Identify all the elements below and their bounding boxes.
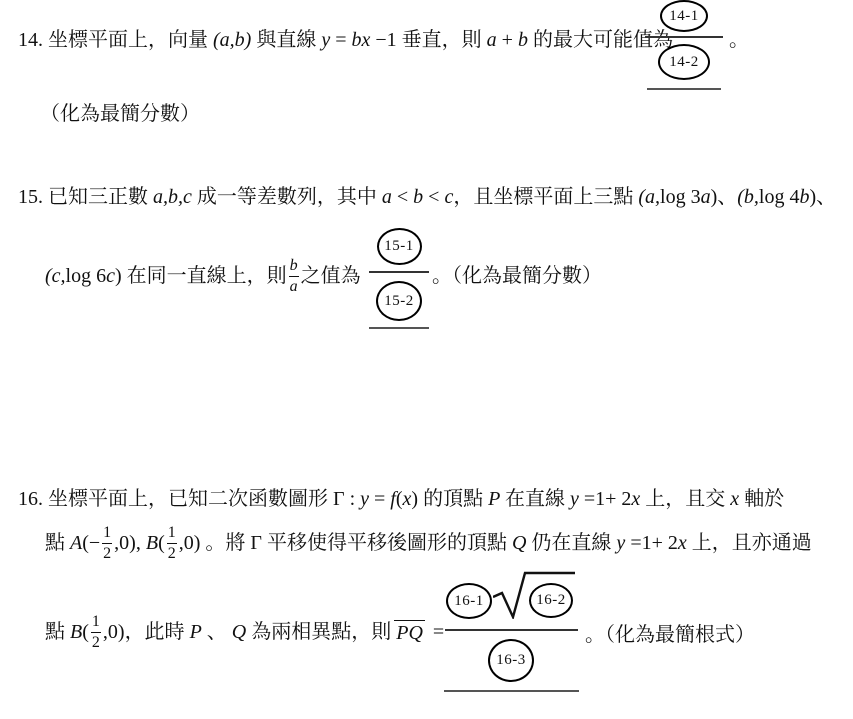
q15-note: 。（化為最簡分數） (432, 263, 602, 289)
text-run: A (70, 532, 82, 554)
text-run: y (321, 27, 330, 53)
q15-line2-text-a: (c,log 6c) 在同一直線上，則 (45, 263, 287, 289)
fraction-numerator: 1 (91, 614, 101, 630)
answer-circle-16-2: 16-2 (529, 583, 573, 618)
text-run: 坐標平面上，向量 (48, 27, 213, 53)
fraction-numerator: b (289, 258, 299, 274)
text-run: 已知三正數 (48, 184, 153, 210)
text-run: Γ (250, 532, 267, 554)
text-run: 上，且亦通過 (687, 532, 812, 554)
q16-line2-text-c: ,0) 。將 Γ 平移使得平移後圖形的頂點 Q 仍在直線 y =1+ 2x 上，… (179, 530, 812, 556)
text-run: = (428, 621, 444, 643)
q16-answer-underline (444, 690, 579, 692)
text-run: 、 (816, 184, 836, 210)
text-run: x (678, 532, 687, 554)
text-run: b (799, 184, 809, 210)
text-run: 14. (18, 27, 48, 53)
fraction-bar (167, 543, 177, 544)
text-run: ( (158, 532, 165, 554)
fraction-one-half: 1 2 (167, 525, 177, 562)
text-run: c (444, 184, 453, 210)
text-run: a (382, 184, 392, 210)
text-run: 15. (18, 184, 48, 210)
answer-circle-16-1: 16-1 (446, 583, 492, 619)
q15-fraction-bar (369, 271, 429, 273)
text-run: x (730, 486, 744, 512)
text-run: log 3 (660, 184, 701, 210)
text-run: 、 (717, 184, 737, 210)
q16-line3-text-b: ,0)，此時 P 、 Q 為兩相異點，則 (103, 619, 391, 645)
q14-line1: 14. 坐標平面上，向量 (a,b) 與直線 y = bx −1 垂直，則 a … (18, 27, 673, 53)
q16-line3-text-a: 點 B( (45, 619, 89, 645)
text-run: = (330, 27, 351, 53)
text-run: ，且坐標平面上三點 (453, 184, 638, 210)
answer-circle-14-2: 14-2 (658, 44, 710, 80)
text-run: y (360, 486, 369, 512)
text-run: c (106, 265, 115, 287)
answer-circle-15-2: 15-2 (376, 281, 422, 321)
text-run: 平移使得平移後圖形的頂點 (267, 532, 512, 554)
text-run: Q (232, 621, 251, 643)
text-run: ( (396, 486, 403, 512)
text-run: y (570, 486, 579, 512)
q15-line2-text-b: 之值為 (301, 263, 361, 289)
q15-line2: (c,log 6c) 在同一直線上，則 b a 之值為 (45, 250, 361, 302)
text-run: =1+ 2 (625, 532, 678, 554)
text-run: (− (82, 532, 100, 554)
q16-line2: 點 A(− 1 2 ,0), B( 1 2 ,0) 。將 Γ 平移使得平移後圖形… (45, 518, 812, 568)
text-run: =1+ 2 (579, 486, 632, 512)
text-run: ,0), (114, 532, 146, 554)
q16-line3-text-c: = (428, 619, 444, 645)
fraction-bar (91, 632, 101, 633)
text-run: 、 (202, 621, 232, 643)
text-run: = (369, 486, 390, 512)
q16-line2-text-b: ,0), B( (114, 530, 165, 556)
q16-numerator: 16-1 16-2 (443, 565, 579, 620)
text-run: 上，且交 (640, 486, 730, 512)
text-run: (a,b) (213, 27, 251, 53)
text-run: 軸於 (744, 486, 784, 512)
text-run: < (423, 184, 444, 210)
fraction-denominator: a (289, 279, 299, 295)
q16-line3: 點 B( 1 2 ,0)，此時 P 、 Q 為兩相異點，則 PQ = (45, 606, 444, 658)
text-run: 成一等差數列，其中 (192, 184, 382, 210)
text-run: a (701, 184, 711, 210)
text-run: 坐標平面上，已知二次函數圖形 (48, 486, 333, 512)
fraction-b-over-a: b a (289, 258, 299, 295)
text-run: 垂直，則 (402, 27, 487, 53)
text-run: log 6 (66, 265, 107, 287)
text-run: ,0) (103, 621, 125, 643)
text-run: 16. (18, 486, 48, 512)
text-run: 點 (45, 532, 70, 554)
fraction-one-half: 1 2 (102, 525, 112, 562)
q15-line1: 15. 已知三正數 a,b,c 成一等差數列，其中 a < b < c，且坐標平… (18, 184, 836, 210)
answer-circle-16-3: 16-3 (488, 639, 534, 682)
q16-line2-text-a: 點 A(− (45, 530, 100, 556)
text-run: B (146, 532, 158, 554)
text-run: P (488, 486, 505, 512)
text-run: Γ : (333, 486, 360, 512)
text-run: 為兩相異點，則 (251, 621, 391, 643)
text-run: a,b,c (153, 184, 192, 210)
text-run: 在直線 (505, 486, 570, 512)
text-run: log 4 (759, 184, 800, 210)
q16-answer-blank: 16-1 16-2 16-3 (443, 565, 579, 692)
text-run: 仍在直線 (531, 532, 616, 554)
answer-circle-14-1: 14-1 (660, 0, 708, 32)
fraction-one-half: 1 2 (91, 614, 101, 651)
text-run: (c, (45, 265, 66, 287)
text-run: ( (82, 621, 89, 643)
text-run: 的頂點 (423, 486, 488, 512)
fraction-denominator: 2 (102, 546, 112, 562)
q14-period: 。 (729, 27, 749, 53)
text-run: 點 (45, 621, 70, 643)
q16-note: 。（化為最簡根式） (585, 622, 755, 648)
text-run: a (487, 27, 497, 53)
fraction-denominator: 2 (91, 635, 101, 651)
text-run: ) (115, 265, 127, 287)
q15-answer-underline (369, 327, 429, 329)
text-run: P (190, 621, 202, 643)
text-run: ，此時 (125, 621, 190, 643)
text-run: ,0) (179, 532, 206, 554)
text-run: ) (711, 184, 718, 210)
text-run: x (403, 486, 412, 512)
text-run: 與直線 (251, 27, 321, 53)
q14-answer-underline (647, 88, 721, 90)
q14-note: （化為最簡分數） (40, 101, 200, 127)
q16-line1: 16. 坐標平面上，已知二次函數圖形 Γ : y = f(x) 的頂點 P 在直… (18, 486, 784, 512)
fraction-numerator: 1 (102, 525, 112, 541)
text-run: ) (411, 486, 423, 512)
fraction-bar (102, 543, 112, 544)
text-run: bx (352, 27, 371, 53)
q16-fraction-bar (445, 629, 578, 631)
text-run: B (70, 621, 82, 643)
text-run: x (631, 486, 640, 512)
answer-circle-15-1: 15-1 (377, 228, 422, 265)
fraction-bar (289, 276, 299, 277)
text-run: y (616, 532, 625, 554)
text-run: 。將 (205, 532, 250, 554)
q14-answer-blank: 14-1 14-2 (645, 0, 723, 90)
fraction-numerator: 1 (167, 525, 177, 541)
text-run: < (392, 184, 413, 210)
text-run: b (518, 27, 533, 53)
text-run: Q (512, 532, 531, 554)
text-run: 之值為 (301, 265, 361, 287)
text-run: (b, (737, 184, 759, 210)
q15-answer-blank: 15-1 15-2 (369, 228, 429, 329)
text-run: 在同一直線上，則 (127, 265, 287, 287)
fraction-denominator: 2 (167, 546, 177, 562)
text-run: b (413, 184, 423, 210)
text-run: + (497, 27, 518, 53)
exam-page: { "colors": { "ink": "#111111", "circle_… (0, 0, 853, 719)
text-run: ) (809, 184, 816, 210)
q14-fraction-bar (645, 36, 723, 38)
text-run: (a, (638, 184, 660, 210)
text-run: −1 (370, 27, 401, 53)
segment-pq-overline: PQ (394, 620, 425, 644)
